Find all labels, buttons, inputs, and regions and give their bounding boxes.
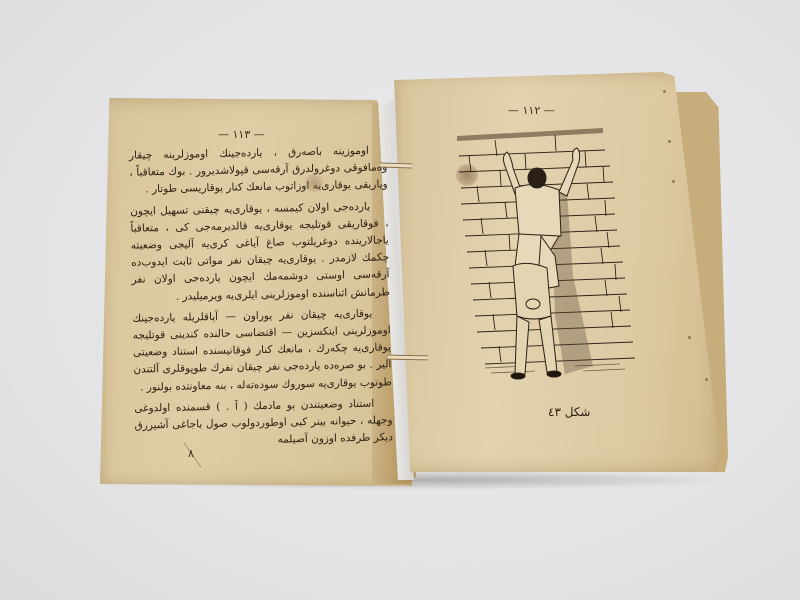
foxing-spot <box>688 336 691 339</box>
foxing-spot <box>705 378 708 381</box>
left-page-number: — ١١٣ — <box>218 128 265 141</box>
binding-thread <box>388 355 428 361</box>
wall-climbing-illustration <box>455 116 650 396</box>
foxing-spot <box>672 180 675 183</box>
left-page-text: اوموزینه باصه‌رق ، یارده‌جینك اوموزلرینه… <box>129 142 393 456</box>
stain-mark <box>305 174 323 192</box>
figure-caption: شکل ٤٣ <box>548 405 590 419</box>
foxing-spot <box>668 140 671 143</box>
binding-thread <box>380 162 412 168</box>
paragraph: استناد وضعیتندن بو مادمك ( آ . ) قسمنده … <box>134 395 393 452</box>
paragraph: یارده‌جی اولان کیمسه ، یوقاری‌یه چیقنی ت… <box>130 198 390 307</box>
paragraph: اوموزینه باصه‌رق ، یارده‌جینك اوموزلرینه… <box>129 142 388 199</box>
paragraph: یوقاری‌یه چیقان نفر یوراون — آیاقلریله ی… <box>132 305 392 396</box>
foxing-spot <box>663 90 666 93</box>
